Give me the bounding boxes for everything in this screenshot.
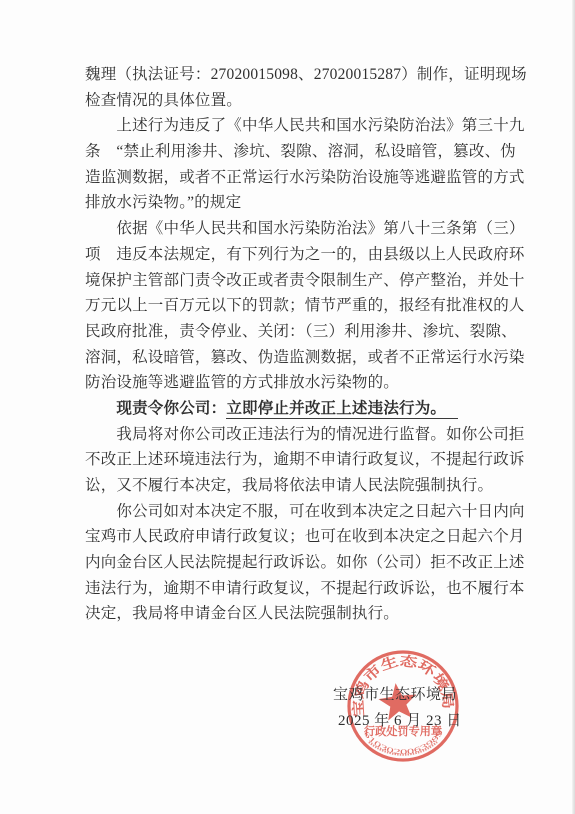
doc-line: 依据《中华人民共和国水污染防治法》第八十三条第（三） <box>85 216 513 242</box>
doc-line: 讼，又不履行本决定，我局将依法申请人民法院强制执行。 <box>85 473 513 499</box>
order-underlined-text: 立即停止并改正上述违法行为。 <box>226 400 458 419</box>
doc-line: 排放水污染物。”的规定 <box>85 190 513 216</box>
doc-line: 内向金台区人民法院提起行政诉讼。如你（公司）拒不改正上述 <box>85 550 513 576</box>
order-prefix: 现责令你公司： <box>85 400 226 417</box>
doc-line: 你公司如对本决定不服，可在收到本决定之日起六十日内向 <box>85 499 513 525</box>
official-red-seal: 宝鸡市生态环境局 行政处罚专用章 6103020063989 <box>343 646 463 766</box>
doc-line-order: 现责令你公司：立即停止并改正上述违法行为。 <box>85 396 513 422</box>
doc-line: 检查情况的具体位置。 <box>85 88 513 114</box>
doc-line: 防治设施等逃避监管的方式排放水污染物的。 <box>85 370 513 396</box>
doc-line: 万元以上一百万元以下的罚款；情节严重的，报经有批准权的人 <box>85 293 513 319</box>
doc-line: 违法行为，逾期不申请行政复议，不提起行政诉讼，也不履行本 <box>85 576 513 602</box>
doc-line: 魏理（执法证号：27020015098、27020015287）制作，证明现场 <box>85 62 513 88</box>
document-body: 魏理（执法证号：27020015098、27020015287）制作，证明现场 … <box>85 62 513 627</box>
doc-line: 造监测数据，或者不正常运行水污染防治设施等逃避监管的方式 <box>85 165 513 191</box>
doc-line: 我局将对你公司改正违法行为的情况进行监督。如你公司拒 <box>85 422 513 448</box>
doc-line: 条 “禁止利用渗井、渗坑、裂隙、溶洞，私设暗管，篡改、伪 <box>85 139 513 165</box>
doc-line: 不改正上述环境违法行为，逾期不申请行政复议，不提起行政诉 <box>85 447 513 473</box>
doc-line: 决定，我局将申请金台区人民法院强制执行。 <box>85 601 513 627</box>
doc-line: 宝鸡市人民政府申请行政复议；也可在收到本决定之日起六个月 <box>85 524 513 550</box>
doc-line: 上述行为违反了《中华人民共和国水污染防治法》第三十九 <box>85 113 513 139</box>
doc-line: 项 违反本法规定，有下列行为之一的，由县级以上人民政府环 <box>85 242 513 268</box>
agency-signature: 宝鸡市生态环境局 <box>333 683 457 704</box>
doc-line: 溶洞，私设暗管，篡改、伪造监测数据，或者不正常运行水污染 <box>85 345 513 371</box>
doc-line: 民政府批准，责令停业、关闭：（三）利用渗井、渗坑、裂隙、 <box>85 319 513 345</box>
doc-line: 境保护主管部门责令改正或者责令限制生产、停产整治，并处十 <box>85 268 513 294</box>
scanned-document-page: { "body": { "p1": [ "魏理（执法证号：27020015098… <box>0 0 575 814</box>
issue-date: 2025 年 6 月 23 日 <box>338 709 462 730</box>
